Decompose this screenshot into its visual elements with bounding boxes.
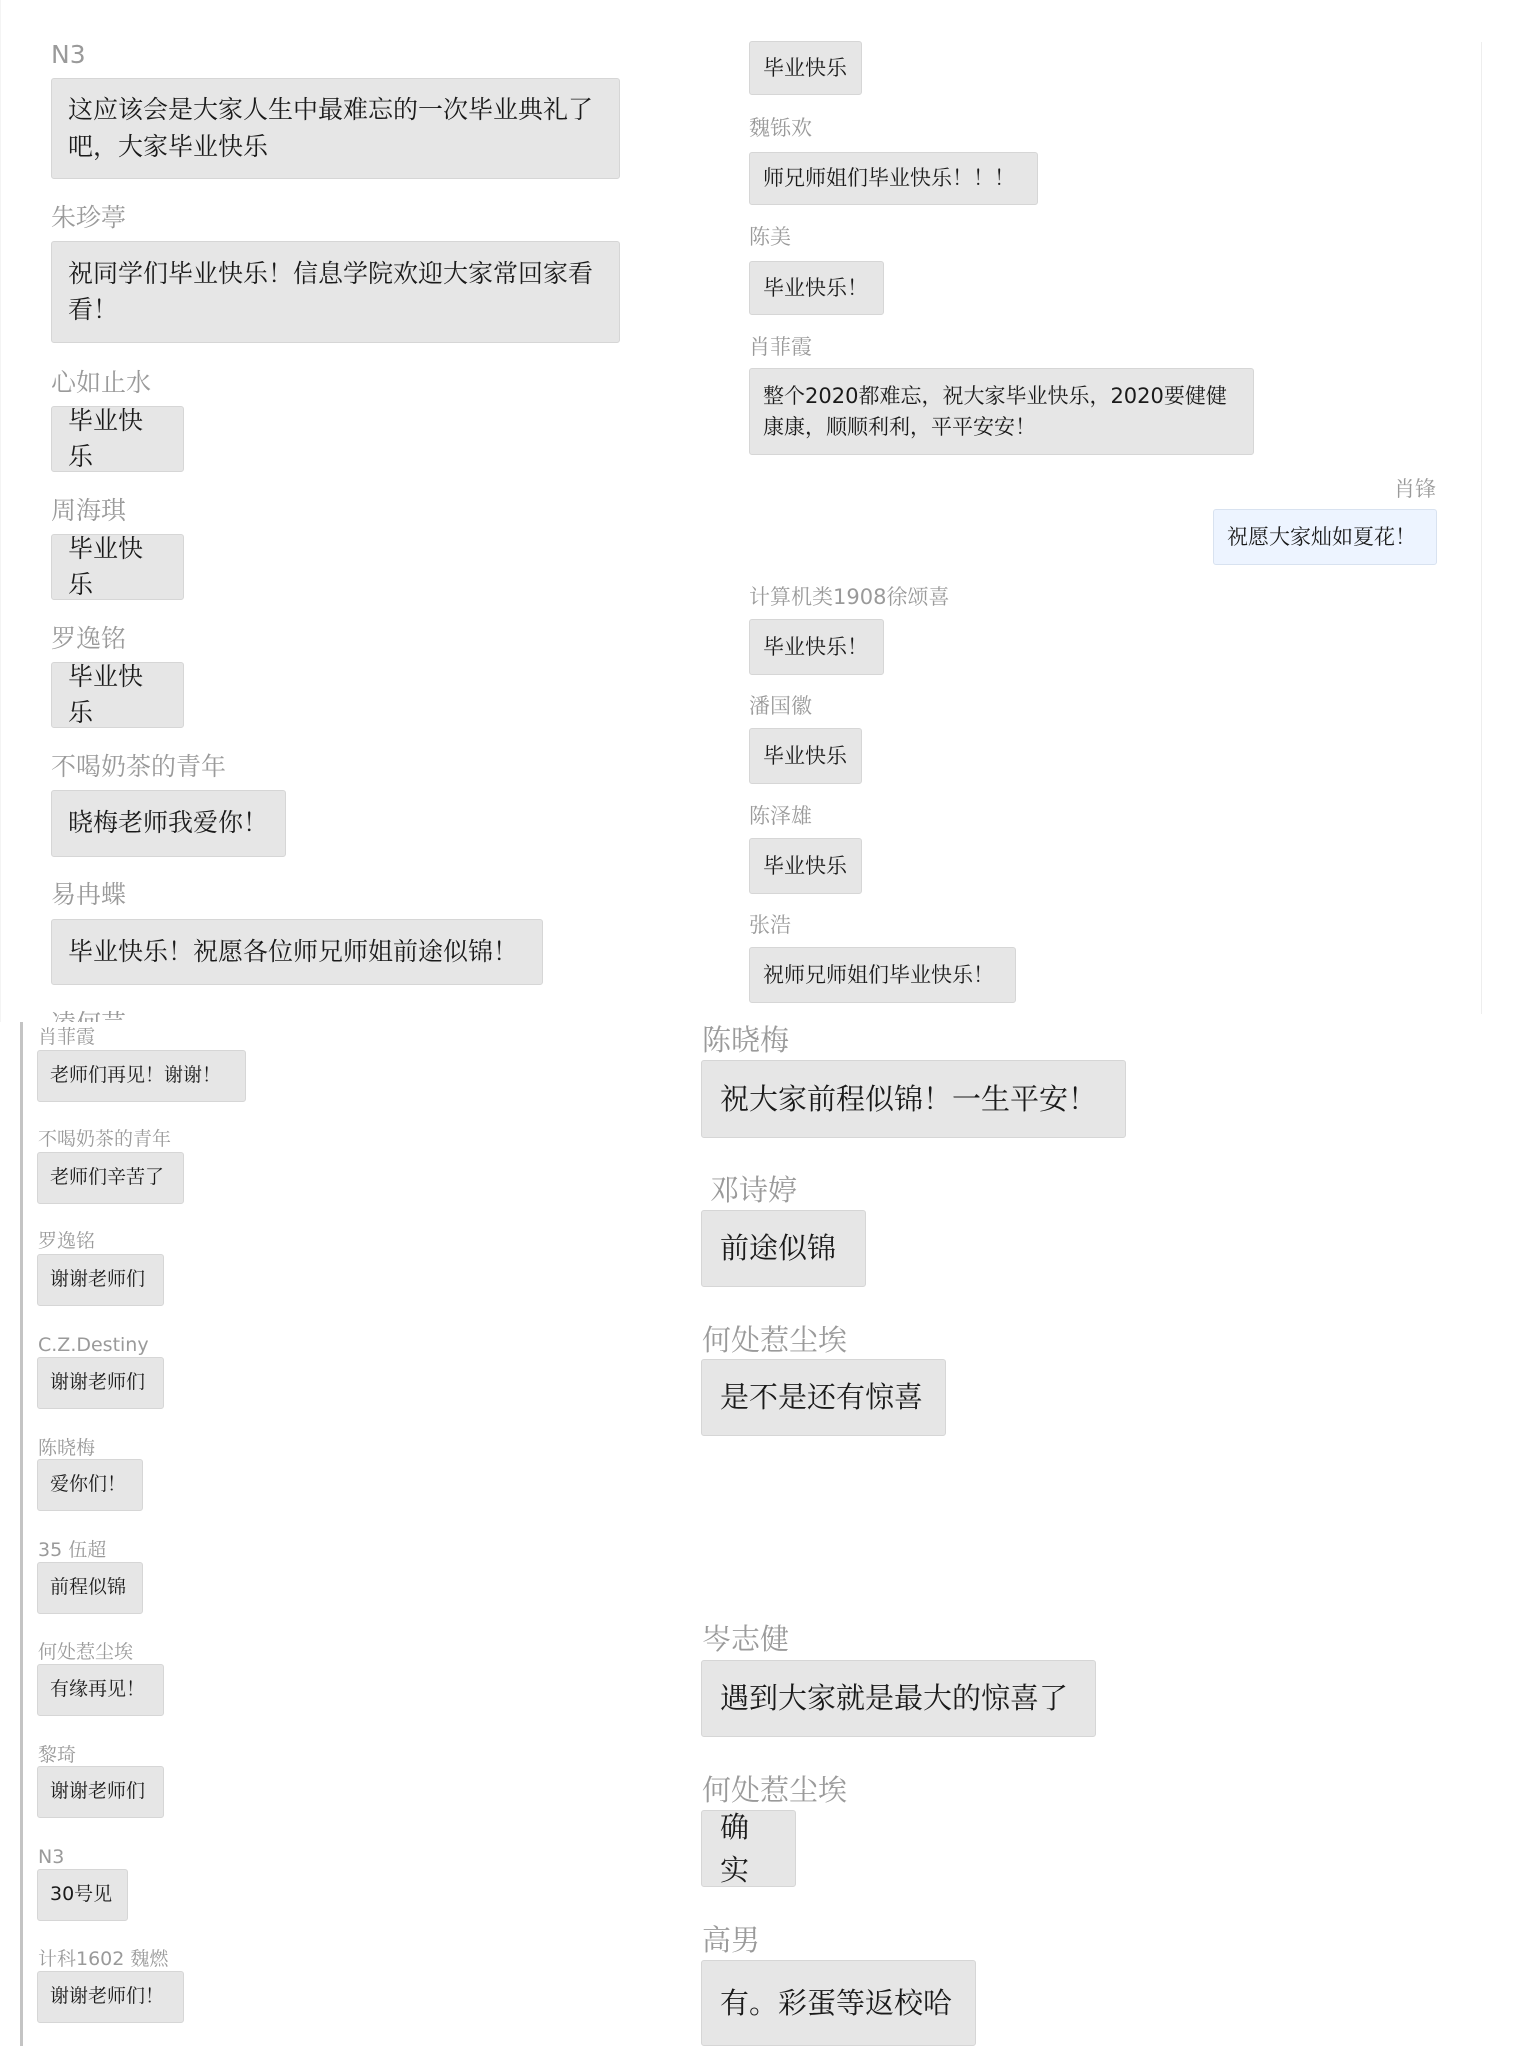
message-bubble[interactable]: 前途似锦 [701, 1210, 866, 1287]
message-text: 祝大家前程似锦！一生平安！ [720, 1078, 1097, 1120]
sender-name: 心如止水 [51, 370, 151, 395]
message-text: 师兄师姐们毕业快乐！！！ [763, 163, 1015, 193]
message-bubble[interactable]: 整个2020都难忘，祝大家毕业快乐，2020要健健康康，顺顺利利，平平安安！ [749, 368, 1254, 455]
sender-name: 周海琪 [51, 498, 126, 523]
message-text: 30号见 [50, 1881, 112, 1909]
message-bubble[interactable]: 是不是还有惊喜 [701, 1359, 946, 1436]
message-bubble[interactable]: 毕业快乐！ [749, 619, 884, 675]
message-text: 毕业快乐 [68, 659, 167, 732]
message-text: 这应该会是大家人生中最难忘的一次毕业典礼了吧，大家毕业快乐 [68, 92, 603, 165]
message-text: 前程似锦 [50, 1574, 126, 1602]
message-bubble[interactable]: 师兄师姐们毕业快乐！！！ [749, 152, 1038, 205]
message-bubble[interactable]: 有缘再见！ [37, 1664, 164, 1716]
sender-name: 潘国徽 [749, 696, 812, 717]
sender-name: 陈美 [749, 227, 791, 248]
sender-name: 肖菲霞 [38, 1028, 95, 1047]
message-text: 谢谢老师们 [50, 1369, 145, 1397]
sender-name-clipped: 凌何芸 [51, 1011, 126, 1022]
message-bubble[interactable]: 这应该会是大家人生中最难忘的一次毕业典礼了吧，大家毕业快乐 [51, 78, 620, 179]
sender-name: 计科1602 魏燃 [38, 1950, 168, 1969]
message-bubble[interactable]: 确实 [701, 1810, 796, 1887]
message-bubble[interactable]: 毕业快乐 [749, 728, 862, 784]
message-text: 前途似锦 [720, 1227, 836, 1269]
message-bubble[interactable]: 祝师兄师姐们毕业快乐！ [749, 947, 1016, 1003]
message-bubble[interactable]: 谢谢老师们 [37, 1357, 164, 1409]
message-text: 毕业快乐 [763, 851, 847, 881]
sender-name: 不喝奶茶的青年 [51, 754, 226, 779]
sender-name: 邓诗婷 [710, 1176, 797, 1205]
message-bubble[interactable]: 遇到大家就是最大的惊喜了 [701, 1660, 1096, 1737]
message-text: 老师们再见！谢谢！ [50, 1062, 221, 1090]
message-bubble[interactable]: 30号见 [37, 1869, 128, 1921]
message-text: 有缘再见！ [50, 1676, 145, 1704]
message-bubble[interactable]: 谢谢老师们！ [37, 1971, 184, 2023]
message-text: 祝愿大家灿如夏花！ [1227, 522, 1416, 552]
message-text: 遇到大家就是最大的惊喜了 [720, 1677, 1068, 1719]
message-bubble[interactable]: 前程似锦 [37, 1562, 143, 1614]
message-bubble[interactable]: 毕业快乐 [51, 534, 184, 600]
message-bubble[interactable]: 爱你们！ [37, 1459, 143, 1511]
message-bubble[interactable]: 祝大家前程似锦！一生平安！ [701, 1060, 1126, 1138]
sender-name-self: 肖锋 [1394, 479, 1436, 500]
sender-name: 易冉蝶 [51, 882, 126, 907]
message-text: 祝同学们毕业快乐！信息学院欢迎大家常回家看看！ [68, 256, 603, 329]
message-text: 晓梅老师我爱你！ [68, 805, 268, 841]
sender-name: 高男 [702, 1926, 760, 1955]
message-bubble[interactable]: 毕业快乐！祝愿各位师兄师姐前途似锦！ [51, 919, 543, 985]
panel-divider [0, 0, 1, 1022]
sender-name: N3 [51, 42, 86, 67]
chat-panel-bottom-right[interactable]: 陈晓梅 祝大家前程似锦！一生平安！ 邓诗婷 前途似锦 何处惹尘埃 是不是还有惊喜… [690, 1014, 1536, 2046]
chat-panel-top-right[interactable]: 毕业快乐 魏铄欢 师兄师姐们毕业快乐！！！ 陈美 毕业快乐！ 肖菲霞 整个202… [700, 0, 1536, 1014]
message-text: 毕业快乐！ [763, 273, 868, 303]
message-text: 毕业快乐！ [763, 632, 868, 662]
message-text: 爱你们！ [50, 1471, 126, 1499]
panel-right-border [1481, 42, 1482, 1014]
sender-name: 朱珍葶 [51, 205, 126, 230]
message-text: 老师们辛苦了 [50, 1164, 164, 1192]
panel-left-border [20, 1022, 23, 2046]
message-text: 整个2020都难忘，祝大家毕业快乐，2020要健健康康，顺顺利利，平平安安！ [763, 381, 1240, 442]
message-bubble[interactable]: 毕业快乐 [51, 406, 184, 472]
chat-panel-top-left[interactable]: N3 这应该会是大家人生中最难忘的一次毕业典礼了吧，大家毕业快乐 朱珍葶 祝同学… [0, 0, 690, 1022]
chat-panel-bottom-left[interactable]: 肖菲霞 老师们再见！谢谢！ 不喝奶茶的青年 老师们辛苦了 罗逸铭 谢谢老师们 C… [0, 1022, 690, 2046]
message-text: 确实 [720, 1806, 777, 1890]
message-bubble[interactable]: 晓梅老师我爱你！ [51, 790, 286, 857]
message-text: 有。彩蛋等返校哈 [720, 1982, 952, 2024]
sender-name: 陈泽雄 [749, 806, 812, 827]
sender-name: 何处惹尘埃 [702, 1776, 847, 1805]
message-text: 谢谢老师们 [50, 1266, 145, 1294]
sender-name: C.Z.Destiny [38, 1336, 149, 1355]
message-bubble[interactable]: 谢谢老师们 [37, 1766, 164, 1818]
message-text: 谢谢老师们 [50, 1778, 145, 1806]
message-bubble[interactable]: 祝同学们毕业快乐！信息学院欢迎大家常回家看看！ [51, 241, 620, 343]
sender-name: 黎琦 [38, 1746, 76, 1765]
sender-name: 陈晓梅 [702, 1026, 789, 1055]
sender-name: 计算机类1908徐颂喜 [749, 587, 949, 608]
sender-name: 罗逸铭 [38, 1232, 95, 1251]
message-text: 毕业快乐！祝愿各位师兄师姐前途似锦！ [68, 934, 518, 970]
sender-name: 张浩 [749, 915, 791, 936]
message-bubble[interactable]: 毕业快乐 [749, 41, 862, 95]
message-text: 祝师兄师姐们毕业快乐！ [763, 960, 994, 990]
message-text: 毕业快乐 [763, 741, 847, 771]
message-bubble[interactable]: 老师们辛苦了 [37, 1152, 184, 1204]
message-text: 毕业快乐 [763, 53, 847, 83]
sender-name: 陈晓梅 [38, 1439, 95, 1458]
sender-name: 罗逸铭 [51, 626, 126, 651]
message-text: 毕业快乐 [68, 403, 167, 476]
message-bubble[interactable]: 谢谢老师们 [37, 1254, 164, 1306]
sender-name: 何处惹尘埃 [38, 1643, 133, 1662]
sender-name: N3 [38, 1848, 64, 1867]
sender-name: 不喝奶茶的青年 [38, 1130, 171, 1149]
sender-name: 魏铄欢 [749, 118, 812, 139]
sender-name: 岑志健 [702, 1625, 789, 1654]
sender-name: 何处惹尘埃 [702, 1326, 847, 1355]
message-bubble[interactable]: 毕业快乐 [51, 662, 184, 728]
message-bubble-self[interactable]: 祝愿大家灿如夏花！ [1213, 509, 1437, 565]
message-bubble[interactable]: 老师们再见！谢谢！ [37, 1050, 246, 1102]
message-bubble[interactable]: 有。彩蛋等返校哈 [701, 1960, 976, 2046]
sender-name: 肖菲霞 [749, 337, 812, 358]
message-bubble[interactable]: 毕业快乐 [749, 838, 862, 894]
message-bubble[interactable]: 毕业快乐！ [749, 261, 884, 315]
message-text: 是不是还有惊喜 [720, 1376, 923, 1418]
message-text: 毕业快乐 [68, 531, 167, 604]
message-text: 谢谢老师们！ [50, 1983, 164, 2011]
sender-name: 35 伍超 [38, 1541, 106, 1560]
